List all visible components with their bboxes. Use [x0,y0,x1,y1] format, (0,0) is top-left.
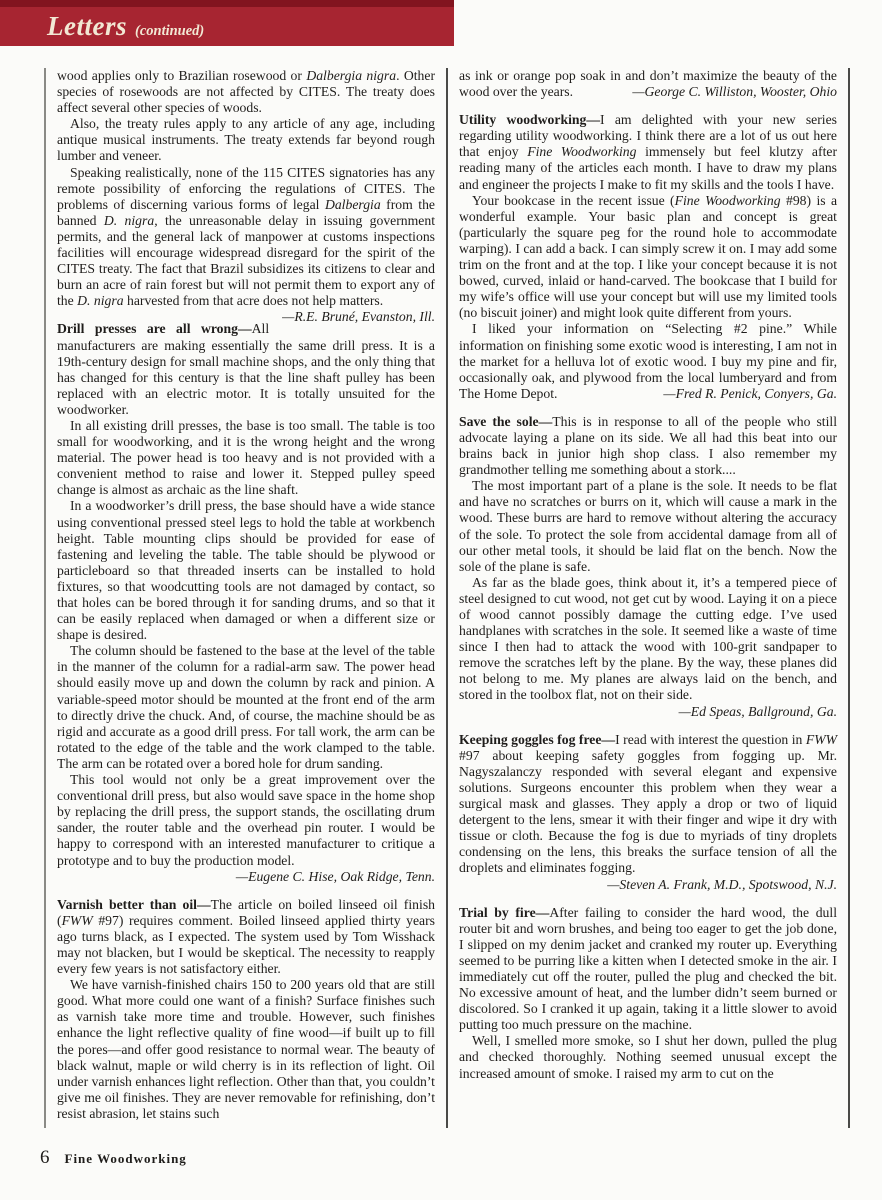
body-text: This tool would not only be a great impr… [57,772,435,867]
body-text: #97 about keeping safety goggles from fo… [459,748,837,876]
body-text: After failing to consider the hard wood,… [459,905,837,1033]
italic-text: FWW [806,732,837,747]
letter-paragraph: Speaking realistically, none of the 115 … [57,165,435,310]
body-text: The most important part of a plane is th… [459,478,837,573]
letter-title: Drill presses are all wrong— [57,321,252,336]
letter-paragraph-start: Keeping goggles fog free—I read with int… [459,732,837,877]
magazine-name: Fine Woodworking [65,1151,187,1167]
column-rule-right [848,68,850,1128]
letter-paragraph: Also, the treaty rules apply to any arti… [57,116,435,164]
letter-signature: —Ed Speas, Ballground, Ga. [459,704,837,720]
italic-text: D. nigra [77,293,123,308]
italic-text: D. nigra [104,213,154,228]
letter-paragraph: I liked your information on “Selecting #… [459,321,837,401]
section-title: Letters [47,11,127,42]
letter-paragraph: Your bookcase in the recent issue (Fine … [459,193,837,322]
page-number: 6 [40,1147,50,1169]
letter-title: Varnish better than oil— [57,897,211,912]
letter-paragraph: We have varnish-finished chairs 150 to 2… [57,977,435,1122]
section-subtitle: (continued) [135,23,204,40]
letter-title: Keeping goggles fog free— [459,732,615,747]
body-text: In a woodworker’s drill press, the base … [57,498,435,642]
letter-paragraph: The most important part of a plane is th… [459,478,837,575]
letter-paragraph: This tool would not only be a great impr… [57,772,435,869]
body-text: We have varnish-finished chairs 150 to 2… [57,977,435,1121]
italic-text: Dalbergia [325,197,381,212]
letter-paragraph: wood applies only to Brazilian rosewood … [57,68,435,116]
letter-paragraph: As far as the blade goes, think about it… [459,575,837,704]
letter-paragraph: The column should be fastened to the bas… [57,643,435,772]
letter-title: Save the sole— [459,414,552,429]
italic-text: Fine Woodworking [527,144,636,159]
letter-title: Trial by fire— [459,905,549,920]
letter-paragraph-start: Trial by fire—After failing to consider … [459,905,837,1034]
italic-text: Dalbergia nigra [306,68,396,83]
body-text: Well, I smelled more smoke, so I shut he… [459,1033,837,1080]
body-text: #97) requires comment. Boiled linseed ap… [57,913,435,976]
column-1: wood applies only to Brazilian rosewood … [46,68,446,1128]
body-text: Also, the treaty rules apply to any arti… [57,116,435,163]
page-header: Letters (continued) [0,0,454,46]
letter-signature: —R.E. Bruné, Evanston, Ill. [269,309,435,325]
letter-title: Utility woodworking— [459,112,600,127]
letter-paragraph-start: Save the sole—This is in response to all… [459,414,837,478]
letter-paragraph: In all existing drill presses, the base … [57,418,435,498]
letter-signature: —Steven A. Frank, M.D., Spotswood, N.J. [459,877,837,893]
letter-signature: —Eugene C. Hise, Oak Ridge, Tenn. [57,869,435,885]
letter-signature: —George C. Williston, Wooster, Ohio [632,84,837,100]
column-2: as ink or orange pop soak in and don’t m… [448,68,848,1128]
letter-paragraph-start: Drill presses are all wrong—All manufact… [57,321,435,418]
letter-paragraph: as ink or orange pop soak in and don’t m… [459,68,837,100]
body-text: In all existing drill presses, the base … [57,418,435,497]
body-text: I read with interest the question in [615,732,806,747]
letter-signature: —Fred R. Penick, Conyers, Ga. [650,386,837,402]
letter-paragraph-start: Utility woodworking—I am delighted with … [459,112,837,192]
letters-content: wood applies only to Brazilian rosewood … [44,68,850,1128]
page-footer: 6 Fine Woodworking [40,1147,187,1169]
body-text: wood applies only to Brazilian rosewood … [57,68,306,83]
italic-text: Fine Woodworking [675,193,781,208]
body-text: #98) is a wonderful example. Your basic … [459,193,837,321]
letter-paragraph: In a woodworker’s drill press, the base … [57,498,435,643]
letter-paragraph-start: Varnish better than oil—The article on b… [57,897,435,977]
magazine-page: Letters (continued) wood applies only to… [0,0,882,1200]
body-text: As far as the blade goes, think about it… [459,575,837,703]
body-text: harvested from that acre does not help m… [124,293,384,308]
body-text: Your bookcase in the recent issue ( [472,193,675,208]
letter-paragraph: Well, I smelled more smoke, so I shut he… [459,1033,837,1081]
body-text: The column should be fastened to the bas… [57,643,435,771]
italic-text: FWW [62,913,93,928]
